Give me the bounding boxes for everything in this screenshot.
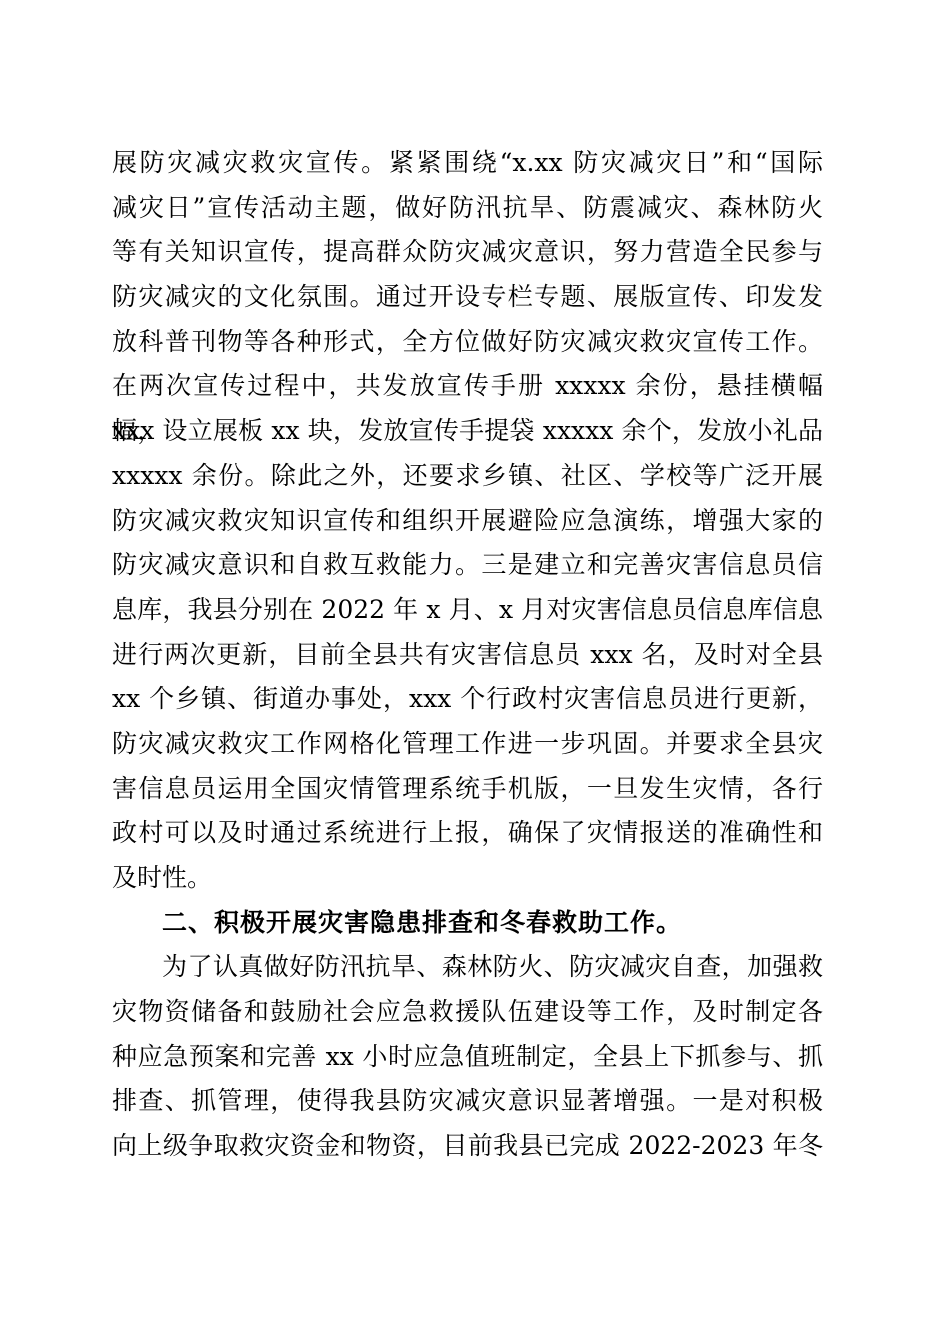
text-line: 防灾减灾救灾工作网格化管理工作进一步巩固。并要求全县灾: [112, 722, 823, 767]
text-line: 为了认真做好防汛抗旱、森林防火、防灾减灾自查，加强救: [112, 945, 823, 990]
text-line: 息库，我县分别在 2022 年 x 月、x 月对灾害信息员信息库信息: [112, 588, 823, 633]
text-line: 政村可以及时通过系统进行上报，确保了灾情报送的准确性和: [112, 811, 823, 856]
document-content: 展防灾减灾救灾宣传。紧紧围绕“x.xx 防灾减灾日”和“国际 减灾日”宣传活动主…: [112, 141, 823, 1169]
text-line: xx 个乡镇、街道办事处，xxx 个行政村灾害信息员进行更新，: [112, 677, 823, 722]
text-line: 防灾减灾的文化氛围。通过开设专栏专题、展版宣传、印发发: [112, 275, 823, 320]
text-line: 灾物资储备和鼓励社会应急救援队伍建设等工作，及时制定各: [112, 990, 823, 1035]
document-page: 展防灾减灾救灾宣传。紧紧围绕“x.xx 防灾减灾日”和“国际 减灾日”宣传活动主…: [0, 0, 950, 1344]
text-line: 防灾减灾意识和自救互救能力。三是建立和完善灾害信息员信: [112, 543, 823, 588]
text-line: 幅，设立展板 xx 块，发放宣传手提袋 xxxxx 余个，发放小礼品: [112, 409, 823, 454]
text-line: 进行两次更新，目前全县共有灾害信息员 xxx 名，及时对全县: [112, 633, 823, 678]
text-line: 及时性。: [112, 856, 823, 901]
text-line: xxxxx 余份。除此之外，还要求乡镇、社区、学校等广泛开展: [112, 454, 823, 499]
text-line: 等有关知识宣传，提高群众防灾减灾意识，努力营造全民参与: [112, 230, 823, 275]
text-line: 减灾日”宣传活动主题，做好防汛抗旱、防震减灾、森林防火: [112, 186, 823, 231]
text-line: 防灾减灾救灾知识宣传和组织开展避险应急演练，增强大家的: [112, 499, 823, 544]
text-line: 排查、抓管理，使得我县防灾减灾意识显著增强。一是对积极: [112, 1079, 823, 1124]
text-line: 害信息员运用全国灾情管理系统手机版，一旦发生灾情，各行: [112, 767, 823, 812]
text-line: 展防灾减灾救灾宣传。紧紧围绕“x.xx 防灾减灾日”和“国际: [112, 141, 823, 186]
section-heading: 二、积极开展灾害隐患排查和冬春救助工作。: [112, 901, 823, 946]
text-line: 放科普刊物等各种形式，全方位做好防灾减灾救灾宣传工作。: [112, 320, 823, 365]
text-line: 在两次宣传过程中，共发放宣传手册 xxxxx 余份，悬挂横幅 xxx: [112, 364, 823, 409]
text-line: 种应急预案和完善 xx 小时应急值班制定，全县上下抓参与、抓: [112, 1035, 823, 1080]
text-line: 向上级争取救灾资金和物资，目前我县已完成 2022-2023 年冬: [112, 1124, 823, 1169]
